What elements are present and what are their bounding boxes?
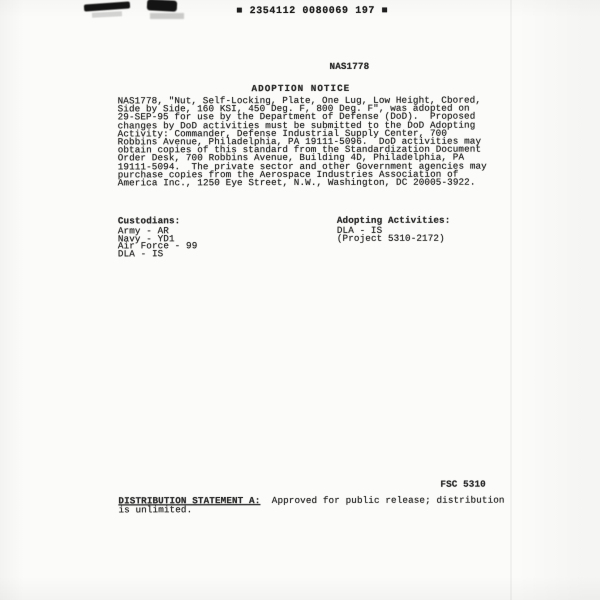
document-number: NAS1778 (329, 61, 369, 72)
document-content: ■ 2354112 0080069 197 ■ NAS1778 ADOPTION… (0, 0, 600, 600)
scan-header-code: ■ 2354112 0080069 197 ■ (236, 6, 388, 17)
page-title: ADOPTION NOTICE (252, 83, 351, 94)
adoption-notice-paragraph: NAS1778, "Nut, Self-Locking, Plate, One … (118, 97, 487, 188)
adopting-activities-section: Adopting Activities: DLA - IS (Project 5… (337, 215, 451, 242)
scanned-document-page: ■ 2354112 0080069 197 ■ NAS1778 ADOPTION… (0, 0, 600, 600)
distribution-statement-line2: is unlimited. (118, 504, 192, 515)
custodians-section: Custodians: Army - AR Navy - YD1 Air For… (118, 215, 198, 258)
custodian-item: DLA - IS (118, 250, 198, 258)
distribution-statement-text: Approved for public release; distributio… (272, 495, 505, 506)
fsc-code: FSC 5310 (440, 479, 485, 490)
project-number: (Project 5310-2172) (337, 234, 451, 242)
distribution-statement-gap (260, 495, 271, 506)
